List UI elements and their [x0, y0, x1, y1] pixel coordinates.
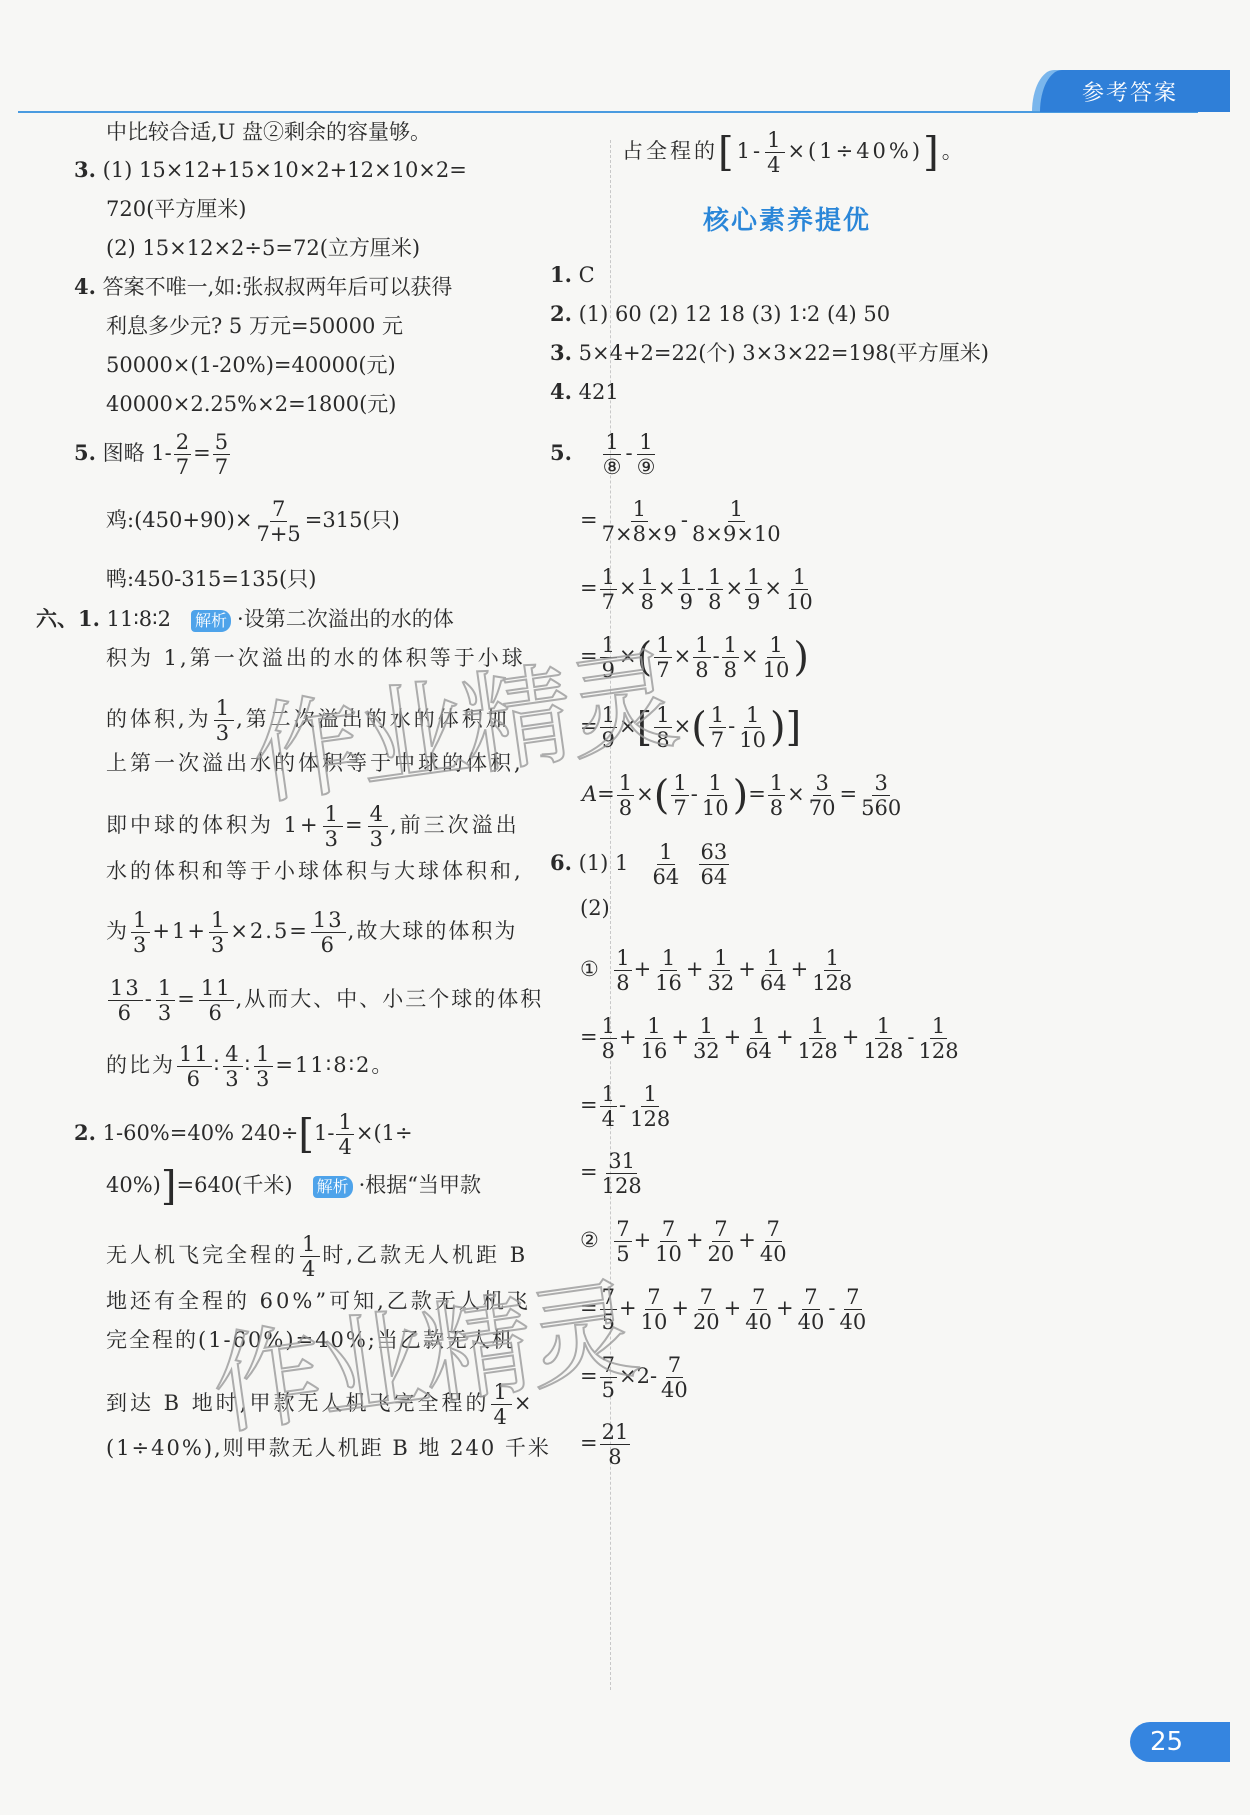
numerator: 7	[844, 1285, 861, 1310]
operator: +	[634, 957, 652, 981]
fraction: 1128	[796, 1014, 840, 1063]
fraction: 19	[745, 565, 762, 614]
denominator: 8	[617, 796, 634, 820]
fraction: 110	[784, 565, 815, 614]
denominator: 4	[300, 1257, 320, 1281]
times: ×	[787, 782, 805, 806]
variable-a: A=	[582, 782, 615, 806]
denominator: 8	[722, 658, 739, 682]
r-q6-sub2-row4: =218	[580, 1420, 632, 1469]
denominator: ⑧	[601, 455, 624, 479]
denominator: 8	[693, 658, 710, 682]
question-number: 3.	[550, 340, 572, 365]
fraction: 14	[336, 1110, 353, 1159]
fraction: 13	[214, 696, 234, 745]
text: ×(1÷	[356, 1121, 413, 1145]
denominator: 16	[653, 971, 684, 995]
denominator: 7	[600, 590, 617, 614]
bracket: ]	[161, 1164, 177, 1210]
equals: =	[193, 441, 211, 465]
numerator: 4	[223, 1042, 242, 1067]
fraction: 13	[131, 908, 150, 957]
text: 的体积,为	[106, 707, 212, 731]
denominator: 8	[606, 1445, 623, 1469]
fraction: 132	[691, 1014, 722, 1063]
equals: =	[580, 1431, 598, 1455]
denominator: 6	[319, 933, 338, 957]
r-q5-row3: =17×18×19-18×19×110	[580, 565, 817, 614]
equals: =	[840, 782, 858, 806]
minus: -	[713, 644, 720, 668]
denominator: 64	[743, 1039, 774, 1063]
numerator: 7	[750, 1285, 767, 1310]
numerator: 13	[108, 976, 143, 1001]
s6-text-1: ·设第二次溢出的水的体	[237, 607, 454, 631]
question-number: 2.	[74, 1120, 96, 1145]
numerator: 3	[813, 771, 830, 796]
colon: ∶	[214, 1053, 221, 1077]
operator: +	[842, 1025, 860, 1049]
numerator: 11	[177, 1042, 212, 1067]
fraction: 18	[706, 565, 723, 614]
q3-line-2: 720(平方厘米)	[106, 194, 246, 224]
fraction: 720	[691, 1285, 722, 1334]
numerator: 7	[614, 1217, 631, 1242]
q2-line-1: 2. 1-60%=40% 240÷[1-14×(1÷	[74, 1110, 413, 1159]
bracket: [	[298, 1112, 314, 1158]
paren: (	[654, 773, 670, 819]
denominator: 3	[156, 1001, 175, 1025]
operator: -	[828, 1296, 835, 1320]
r-q6-sub1-row2: =18+116+132+164+1128+1128-1128	[580, 1014, 963, 1063]
denominator: 40	[837, 1310, 868, 1334]
fraction: 57	[213, 430, 230, 479]
operator: +	[724, 1025, 742, 1049]
denominator: 10	[700, 796, 731, 820]
question-number: 1.	[550, 262, 572, 287]
fraction: 14	[300, 1232, 320, 1281]
numerator: 1	[767, 633, 784, 658]
fraction: 1128	[861, 1014, 905, 1063]
analysis-tag: 解析	[191, 610, 231, 632]
numerator: 1	[637, 430, 654, 455]
denominator: 128	[810, 971, 854, 995]
fraction: 110	[761, 633, 792, 682]
fraction: 18	[639, 565, 656, 614]
r-q6-sub1-row4: =31128	[580, 1149, 646, 1198]
numerator: 1	[809, 1014, 826, 1039]
fraction: 13	[156, 976, 175, 1025]
numerator: 1	[660, 946, 677, 971]
r-q3: 3. 5×4+2=22(个) 3×3×22=198(平方厘米)	[550, 338, 989, 368]
question-number: 5.	[74, 440, 96, 465]
denominator: 40	[796, 1310, 827, 1334]
fraction: 116	[653, 946, 684, 995]
text: (1) 1	[579, 851, 629, 875]
fraction: 18	[614, 946, 631, 995]
operator: +	[738, 957, 756, 981]
times: ×	[674, 644, 692, 668]
denominator: 20	[691, 1310, 722, 1334]
text: ,从而大、中、小三个球的体积	[236, 987, 544, 1011]
operator: +	[686, 957, 704, 981]
q3-line-3: (2) 15×12×2÷5=72(立方厘米)	[106, 233, 420, 263]
q5-duck-line: 鸭:450-315=135(只)	[106, 564, 316, 594]
numerator: 2	[174, 430, 191, 455]
s6-q1-line-1: 六、1. 11∶8∶2 解析·设第二次溢出的水的体	[36, 604, 454, 634]
denominator: 3	[209, 933, 228, 957]
numerator: 1	[706, 565, 723, 590]
fraction: 19	[678, 565, 695, 614]
numerator: 7	[660, 1217, 677, 1242]
denominator: 8	[600, 1039, 617, 1063]
denominator: 10	[737, 728, 768, 752]
r-q6-sub1-row3: =14-1128	[580, 1082, 674, 1131]
operator: +	[738, 1228, 756, 1252]
fraction: 77+5	[254, 497, 302, 546]
paren: )	[770, 705, 786, 751]
denominator: 40	[743, 1310, 774, 1334]
question-number: 5.	[550, 440, 572, 465]
minus: -	[625, 441, 632, 465]
minus: -	[697, 576, 704, 600]
question-number: 6.	[550, 850, 572, 875]
denominator: 9	[678, 590, 695, 614]
denominator: ⑨	[635, 455, 658, 479]
operator: +	[724, 1296, 742, 1320]
numerator: 1	[639, 565, 656, 590]
text: 1-60%=40% 240÷	[103, 1121, 299, 1145]
fraction: 116	[639, 1014, 670, 1063]
times: ×	[636, 782, 654, 806]
denominator: 128	[917, 1039, 961, 1063]
q4-line-1: 4. 答案不唯一,如:张叔叔两年后可以获得	[74, 272, 452, 302]
q4-text-1: 答案不唯一,如:张叔叔两年后可以获得	[103, 275, 453, 299]
text: 占全程的	[622, 139, 718, 163]
operator: -	[907, 1025, 914, 1049]
text: 无人机飞完全程的	[106, 1243, 298, 1267]
bracket: ]	[786, 705, 802, 751]
denominator: 128	[796, 1039, 840, 1063]
fraction: 740	[743, 1285, 774, 1334]
numerator: 1	[156, 976, 175, 1001]
fraction: 43	[223, 1042, 242, 1091]
numerator: 1	[824, 946, 841, 971]
fraction: 164	[758, 946, 789, 995]
text: 的比为	[106, 1053, 175, 1077]
operator: +	[791, 957, 809, 981]
question-number: 4.	[74, 274, 96, 299]
q3-text-1: (1) 15×12+15×10×2+12×10×2=	[103, 158, 467, 182]
fraction: 1128	[628, 1082, 672, 1131]
fraction: 14	[765, 128, 785, 177]
numerator: 1	[698, 1014, 715, 1039]
numerator: 1	[600, 565, 617, 590]
denominator: 7	[671, 796, 688, 820]
q2-line-2: 40%)]=640(千米) 解析·根据“当甲款	[106, 1170, 481, 1202]
numerator: 1	[791, 565, 808, 590]
fraction: 13	[209, 908, 228, 957]
numerator: 7	[712, 1217, 729, 1242]
denominator: 8	[768, 796, 785, 820]
equals: =	[580, 576, 598, 600]
text: ,故大球的体积为	[348, 919, 518, 943]
fraction: 710	[639, 1285, 670, 1334]
denominator: 16	[639, 1039, 670, 1063]
equals: =	[177, 987, 197, 1011]
minus: -	[681, 508, 688, 532]
numerator: 5	[213, 430, 230, 455]
q5-chicken-result: =315(只)	[305, 508, 400, 532]
answer: C	[579, 263, 595, 287]
fraction: 1128	[917, 1014, 961, 1063]
q5-text: 图略 1-	[103, 441, 172, 465]
r-q6-sub1-row1: ① 18+116+132+164+1128	[580, 946, 856, 995]
numerator: 1	[707, 771, 724, 796]
numerator: 7	[765, 1217, 782, 1242]
paren: )	[793, 635, 809, 681]
numerator: 1	[671, 771, 688, 796]
r-q5-row6: A=18×(17-110)=18×370=3560	[582, 771, 905, 820]
q3-line-1: 3. (1) 15×12+15×10×2+12×10×2=	[74, 155, 467, 185]
fraction: 116	[199, 976, 234, 1025]
numerator: 7	[698, 1285, 715, 1310]
operator: +	[671, 1296, 689, 1320]
denominator: 10	[784, 590, 815, 614]
circled-1: ①	[580, 957, 599, 981]
r-q5-row1: 5. 1⑧-1⑨	[550, 430, 659, 479]
bracket: ]	[923, 130, 942, 176]
numerator: 1	[631, 497, 648, 522]
times: ×	[658, 576, 676, 600]
fraction: 116	[177, 1042, 212, 1091]
denominator: 6	[185, 1067, 204, 1091]
equals: =	[748, 782, 766, 806]
denominator: 7	[174, 455, 191, 479]
numerator: 13	[311, 908, 346, 933]
text: =640(千米)	[176, 1173, 292, 1197]
fraction: 18	[768, 771, 785, 820]
times: ×	[741, 644, 759, 668]
numerator: 1	[678, 565, 695, 590]
fraction: 18	[693, 633, 710, 682]
r-q1: 1. C	[550, 260, 595, 290]
fraction: 164	[650, 840, 681, 889]
fraction: 6364	[699, 840, 730, 889]
numerator: 1	[722, 633, 739, 658]
fraction: 17	[671, 771, 688, 820]
text: 1-	[314, 1121, 334, 1145]
q5-line-1: 5. 图略 1-27=57	[74, 430, 232, 479]
denominator: 8×9×10	[690, 522, 783, 546]
q4-line-4: 40000×2.25%×2=1800(元)	[106, 389, 397, 419]
denominator: 3	[323, 827, 343, 851]
numerator: 1	[750, 1014, 767, 1039]
section-title: 核心素养提优	[703, 200, 871, 237]
bracket: [	[718, 130, 737, 176]
denominator: 64	[758, 971, 789, 995]
operator: +	[776, 1025, 794, 1049]
operator: -	[619, 1093, 626, 1117]
numerator: 1	[657, 840, 674, 865]
fraction: 13	[254, 1042, 273, 1091]
denominator: 32	[691, 1039, 722, 1063]
paren: (	[691, 705, 707, 751]
page-number: 25	[1130, 1722, 1230, 1762]
denominator: 70	[807, 796, 838, 820]
denominator: 6	[207, 1001, 226, 1025]
fraction: 136	[108, 976, 143, 1025]
denominator: 64	[650, 865, 681, 889]
numerator: 1	[728, 497, 745, 522]
denominator: 40	[758, 1242, 789, 1266]
fraction: 132	[706, 946, 737, 995]
numerator: 1	[712, 946, 729, 971]
answer-page: 参考答案 中比较合适,U 盘②剩余的容量够。 3. (1) 15×12+15×1…	[0, 0, 1250, 1815]
fraction: 17	[709, 703, 726, 752]
fraction: 740	[837, 1285, 868, 1334]
s6-line-9: 的比为116∶43∶13=11∶8∶2。	[106, 1042, 394, 1091]
numerator: 1	[709, 703, 726, 728]
numerator: 1	[645, 1014, 662, 1039]
fraction: 1128	[810, 946, 854, 995]
fraction: 27	[174, 430, 191, 479]
fraction: 17	[600, 565, 617, 614]
text: =11∶8∶2。	[275, 1053, 394, 1077]
equals: =	[580, 1025, 598, 1049]
fraction: 18	[722, 633, 739, 682]
denominator: 64	[699, 865, 730, 889]
right-top-line: 占全程的[1-14×(1÷40%)]。	[622, 128, 966, 177]
text: 40%)	[106, 1173, 161, 1197]
q5-chicken-line: 鸡:(450+90)×77+5=315(只)	[106, 497, 400, 546]
fraction: 164	[743, 1014, 774, 1063]
minus: -	[145, 987, 154, 1011]
denominator: 10	[653, 1242, 684, 1266]
equals: =	[580, 1160, 598, 1184]
denominator: 560	[859, 796, 903, 820]
fraction: 31128	[600, 1149, 644, 1198]
fraction: 720	[706, 1217, 737, 1266]
fraction: 370	[807, 771, 838, 820]
denominator: 7×8×9	[600, 522, 679, 546]
denominator: 3	[214, 721, 234, 745]
text: ×2.5=	[230, 919, 309, 943]
numerator: 1	[603, 430, 620, 455]
r-q5-row2: =17×8×9-18×9×10	[580, 497, 785, 546]
denominator: 40	[659, 1378, 690, 1402]
denominator: 32	[706, 971, 737, 995]
s6-line-8: 136-13=116,从而大、中、小三个球的体积	[106, 976, 543, 1025]
denominator: 7	[709, 728, 726, 752]
text: ,前三次溢出	[390, 813, 520, 837]
s6-line-7: 为13+1+13×2.5=136,故大球的体积为	[106, 908, 517, 957]
operator: +	[619, 1025, 637, 1049]
r-q6-part1: 6. (1) 1 164 6364	[550, 840, 731, 889]
minus: -	[728, 714, 735, 738]
question-number: 3.	[74, 157, 96, 182]
colon: ∶	[245, 1053, 252, 1077]
numerator: 1	[209, 908, 228, 933]
header-tab: 参考答案	[1040, 70, 1230, 112]
denominator: 8	[706, 590, 723, 614]
times: ×	[725, 576, 743, 600]
q4-line-2: 利息多少元? 5 万元=50000 元	[106, 311, 403, 341]
text: 为	[106, 919, 129, 943]
text: 1-	[737, 139, 763, 163]
fraction: 17×8×9	[600, 497, 679, 546]
denominator: 7+5	[254, 522, 302, 546]
fraction: 218	[600, 1420, 631, 1469]
answer: 5×4+2=22(个) 3×3×22=198(平方厘米)	[579, 341, 989, 365]
fraction: 110	[700, 771, 731, 820]
r-q6-part2-label: (2)	[580, 893, 610, 923]
numerator: 1	[744, 703, 761, 728]
numerator: 21	[600, 1420, 631, 1445]
numerator: 1	[875, 1014, 892, 1039]
q5-chicken-text: 鸡:(450+90)×	[106, 508, 252, 532]
numerator: 1	[693, 633, 710, 658]
numerator: 7	[802, 1285, 819, 1310]
numerator: 1	[131, 908, 150, 933]
operator: +	[776, 1296, 794, 1320]
q4-line-3: 50000×(1-20%)=40000(元)	[106, 350, 396, 380]
answer: 421	[579, 380, 619, 404]
numerator: 1	[745, 565, 762, 590]
numerator: 31	[606, 1149, 637, 1174]
operator: +	[634, 1228, 652, 1252]
numerator: 7	[270, 497, 287, 522]
fraction: 136	[311, 908, 346, 957]
fraction: 110	[737, 703, 768, 752]
minus: -	[691, 782, 698, 806]
denominator: 3	[254, 1067, 273, 1091]
denominator: 8	[614, 971, 631, 995]
denominator: 8	[639, 590, 656, 614]
numerator: 1	[214, 696, 234, 721]
r-q4: 4. 421	[550, 377, 619, 407]
denominator: 6	[116, 1001, 135, 1025]
fraction: 1⑧	[601, 430, 624, 479]
numerator: 1	[614, 946, 631, 971]
denominator: 3	[131, 933, 150, 957]
denominator: 3	[223, 1067, 242, 1091]
paren: )	[733, 773, 749, 819]
question-number: 4.	[550, 379, 572, 404]
s6-line-6: 水的体积和等于小球体积与大球体积和,	[106, 856, 524, 886]
fraction: 740	[796, 1285, 827, 1334]
fraction: 18	[617, 771, 634, 820]
numerator: 1	[600, 1082, 617, 1107]
analysis-tag: 解析	[313, 1176, 353, 1198]
denominator: 4	[600, 1107, 617, 1131]
fraction: 3560	[859, 771, 903, 820]
fraction: 740	[659, 1353, 690, 1402]
text: ·根据“当甲款	[359, 1173, 481, 1197]
denominator: 20	[706, 1242, 737, 1266]
s6-answer: 11∶8∶2	[107, 607, 171, 631]
equals: =	[580, 508, 598, 532]
numerator: 3	[872, 771, 889, 796]
fraction: 1⑨	[635, 430, 658, 479]
denominator: 9	[745, 590, 762, 614]
fraction: 14	[600, 1082, 617, 1131]
answer: (1) 60 (2) 12 18 (3) 1∶2 (4) 50	[579, 302, 890, 326]
question-number: 六、1.	[36, 606, 100, 631]
header-tab-label: 参考答案	[1082, 76, 1178, 107]
denominator: 128	[600, 1174, 644, 1198]
times: ×	[619, 576, 637, 600]
